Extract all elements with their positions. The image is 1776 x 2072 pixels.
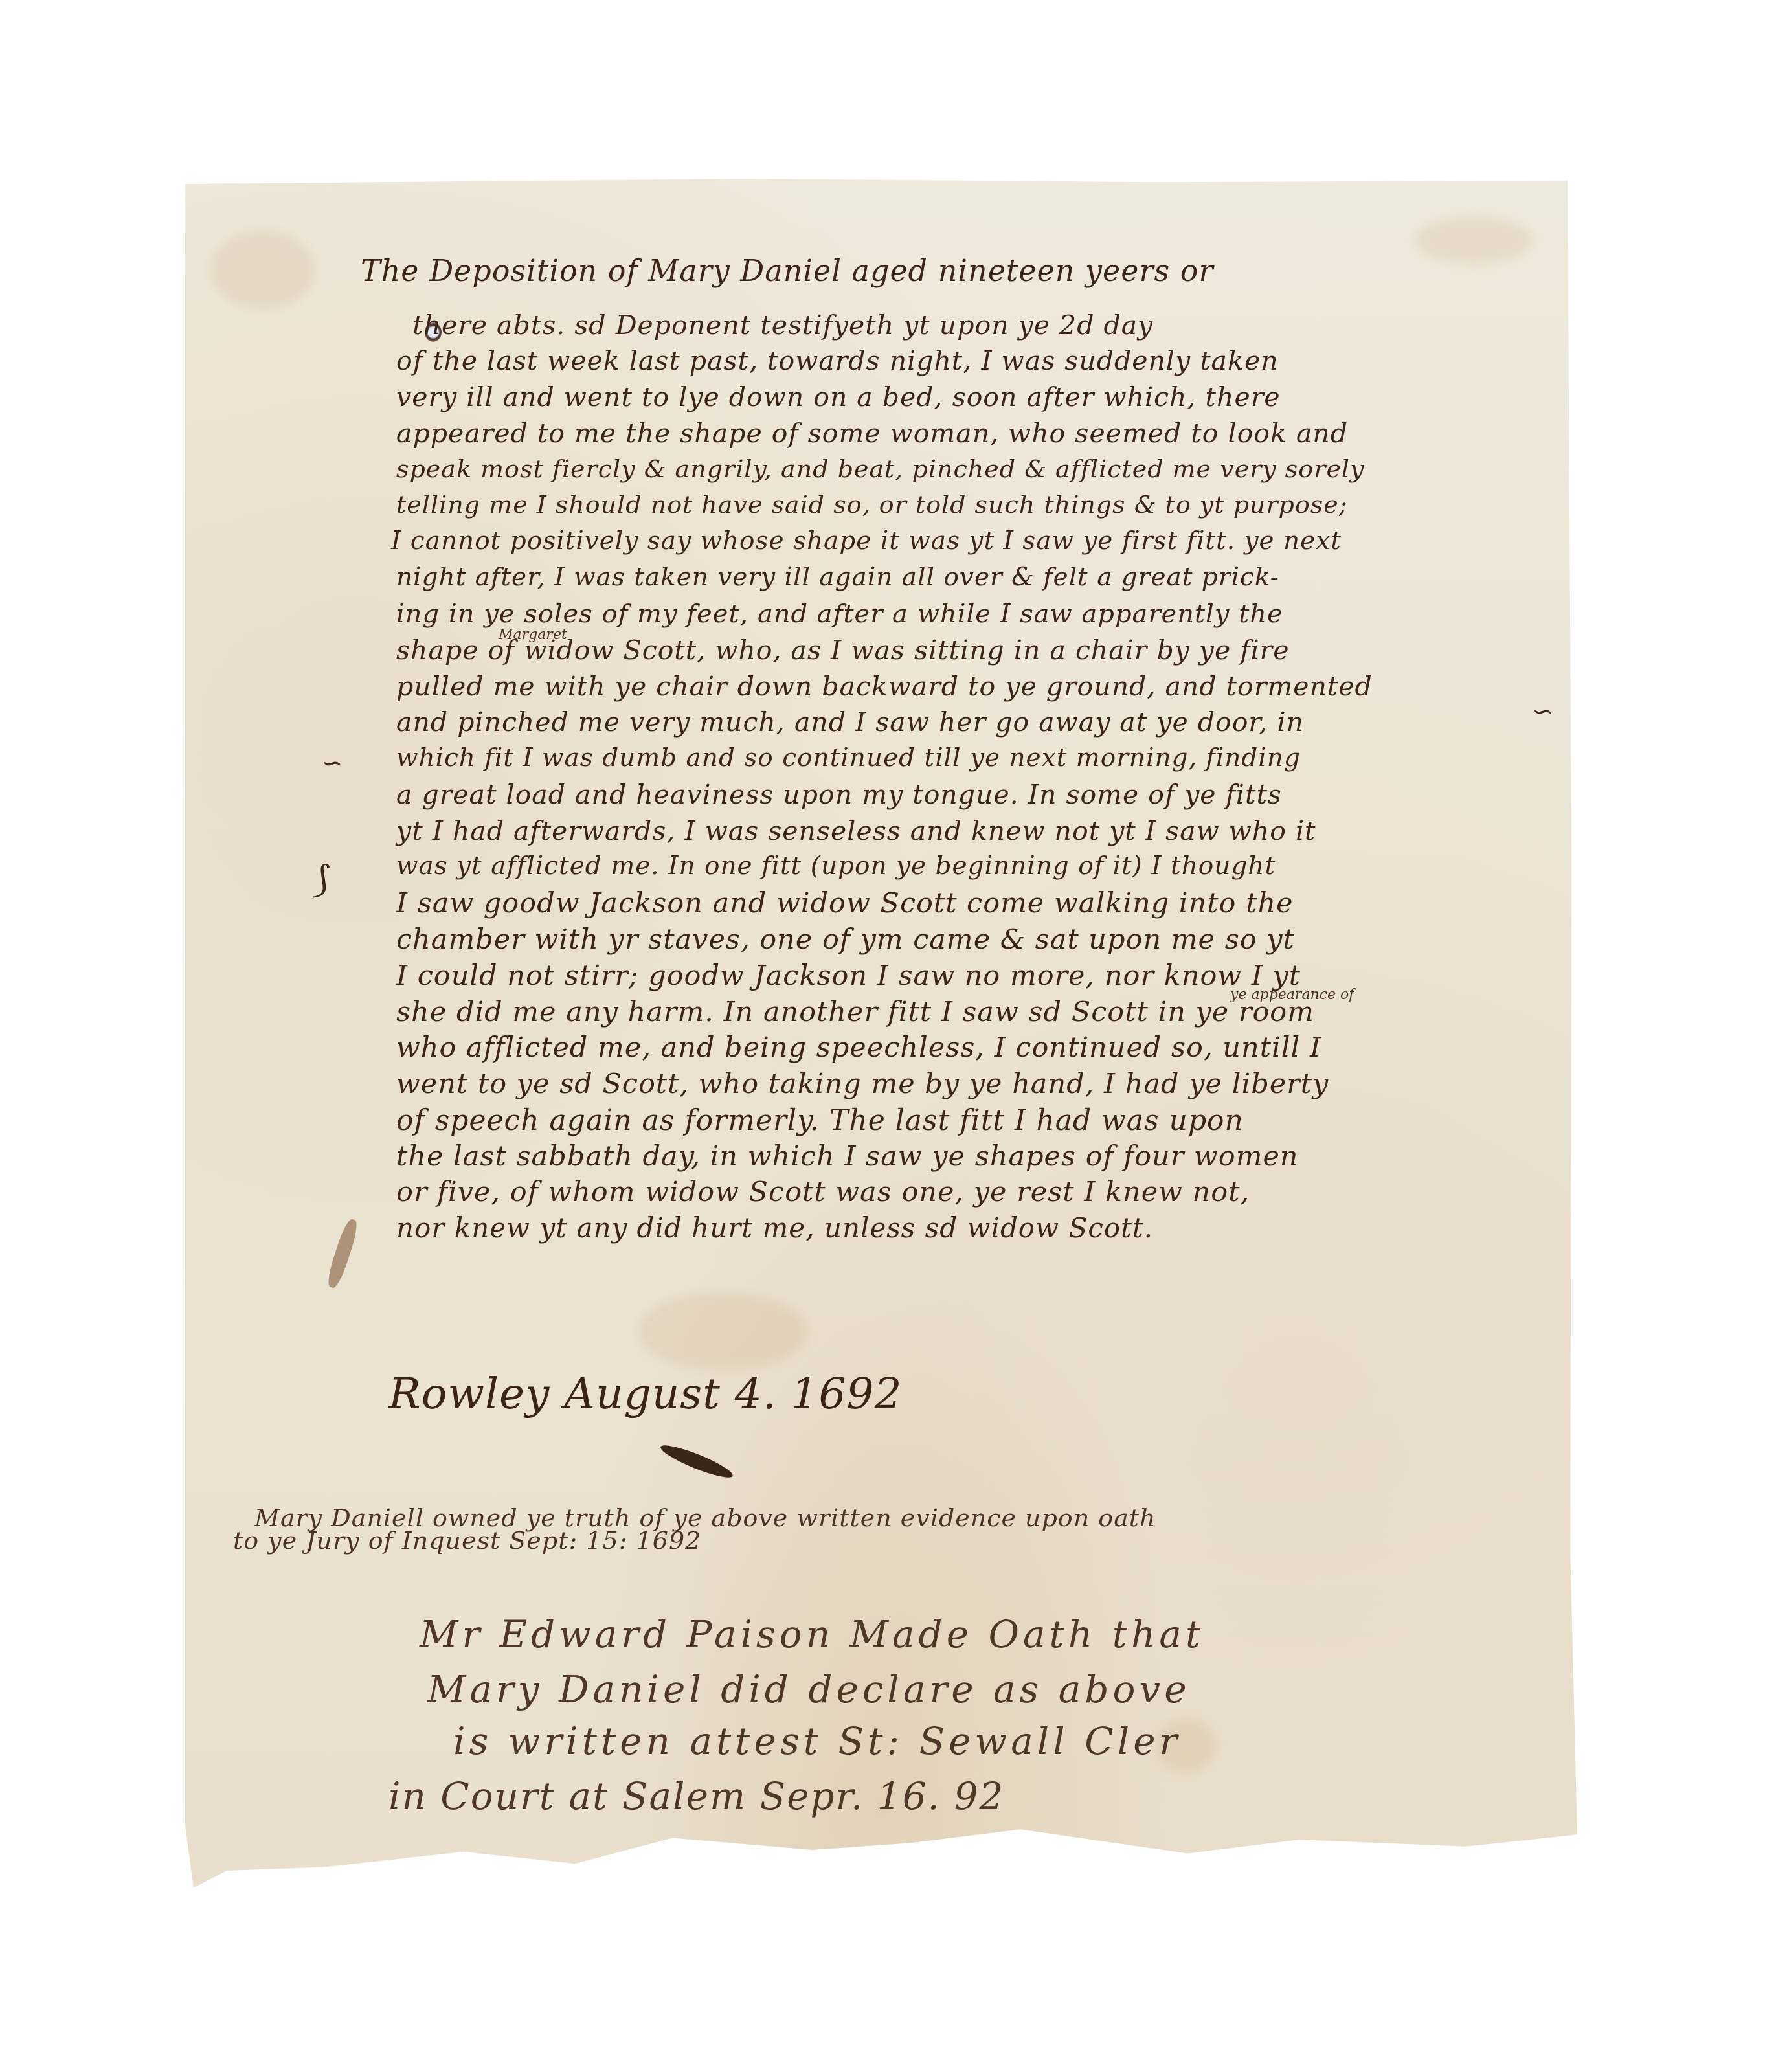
body-line-2: there abts. sd Deponent testifyeth yt up… <box>412 312 1153 339</box>
body-line-19: chamber with yr staves, one of ym came &… <box>396 926 1295 954</box>
body-line-22: who afflicted me, and being speechless, … <box>396 1034 1321 1062</box>
body-line-27: nor knew yt any did hurt me, unless sd w… <box>396 1215 1153 1242</box>
oath-line-2: Mary Daniel did declare as above <box>427 1671 1190 1708</box>
body-line-20: I could not stirr; goodw Jackson I saw n… <box>396 962 1301 990</box>
paper-stain <box>1415 218 1532 263</box>
oath-line-1: Mr Edward Paison Made Oath that <box>420 1616 1204 1653</box>
body-line-1: The Deposition of Mary Daniel aged ninet… <box>361 256 1213 286</box>
oath-line-4: in Court at Salem Sepr. 16. 92 <box>388 1777 1004 1815</box>
body-line-9: night after, I was taken very ill again … <box>396 565 1279 590</box>
body-line-25: the last sabbath day, in which I saw ye … <box>396 1143 1299 1171</box>
body-line-26: or five, of whom widow Scott was one, ye… <box>396 1178 1250 1206</box>
margin-flourish-icon: ∽ <box>321 749 343 778</box>
body-line-10: ing in ye soles of my feet, and after a … <box>396 601 1283 627</box>
body-line-24: of speech again as formerly. The last fi… <box>396 1107 1244 1135</box>
body-line-5: appeared to me the shape of some woman, … <box>396 420 1348 447</box>
body-line-12: pulled me with ye chair down backward to… <box>396 673 1373 700</box>
body-line-14: which fit I was dumb and so continued ti… <box>396 745 1301 771</box>
paper-stain <box>638 1292 807 1370</box>
body-line-13: and pinched me very much, and I saw her … <box>396 709 1304 736</box>
body-line-18: I saw goodw Jackson and widow Scott come… <box>396 890 1294 918</box>
body-line-23: went to ye sd Scott, who taking me by ye… <box>396 1070 1329 1098</box>
ink-smudge <box>325 1217 361 1289</box>
interlinear-margaret: Margaret <box>499 627 567 643</box>
body-line-15: a great load and heaviness upon my tongu… <box>396 782 1282 808</box>
body-line-4: very ill and went to lye down on a bed, … <box>396 384 1281 411</box>
annotation-line-2: to ye Jury of Inquest Sept: 15: 1692 <box>233 1528 701 1553</box>
body-line-16: yt I had afterwards, I was senseless and… <box>396 818 1316 844</box>
place-date: Rowley August 4. 1692 <box>388 1373 903 1415</box>
body-line-21: she did me any harm. In another fitt I s… <box>396 998 1314 1026</box>
margin-flourish-icon: ⟆ <box>315 859 329 901</box>
body-line-6: speak most fiercly & angrily, and beat, … <box>396 456 1365 481</box>
interlinear-appearance-of: ye appearance of <box>1230 987 1354 1003</box>
paper-stain <box>211 231 315 308</box>
body-line-3: of the last week last past, towards nigh… <box>396 348 1279 374</box>
body-line-17: was yt afflicted me. In one fitt (upon y… <box>396 853 1276 879</box>
ink-stroke <box>658 1440 736 1482</box>
body-line-7: telling me I should not have said so, or… <box>396 492 1348 517</box>
margin-flourish-icon: ∽ <box>1532 697 1554 726</box>
oath-line-3: is written attest St: Sewall Cler <box>453 1722 1181 1760</box>
body-line-8: I cannot positively say whose shape it w… <box>391 528 1342 554</box>
